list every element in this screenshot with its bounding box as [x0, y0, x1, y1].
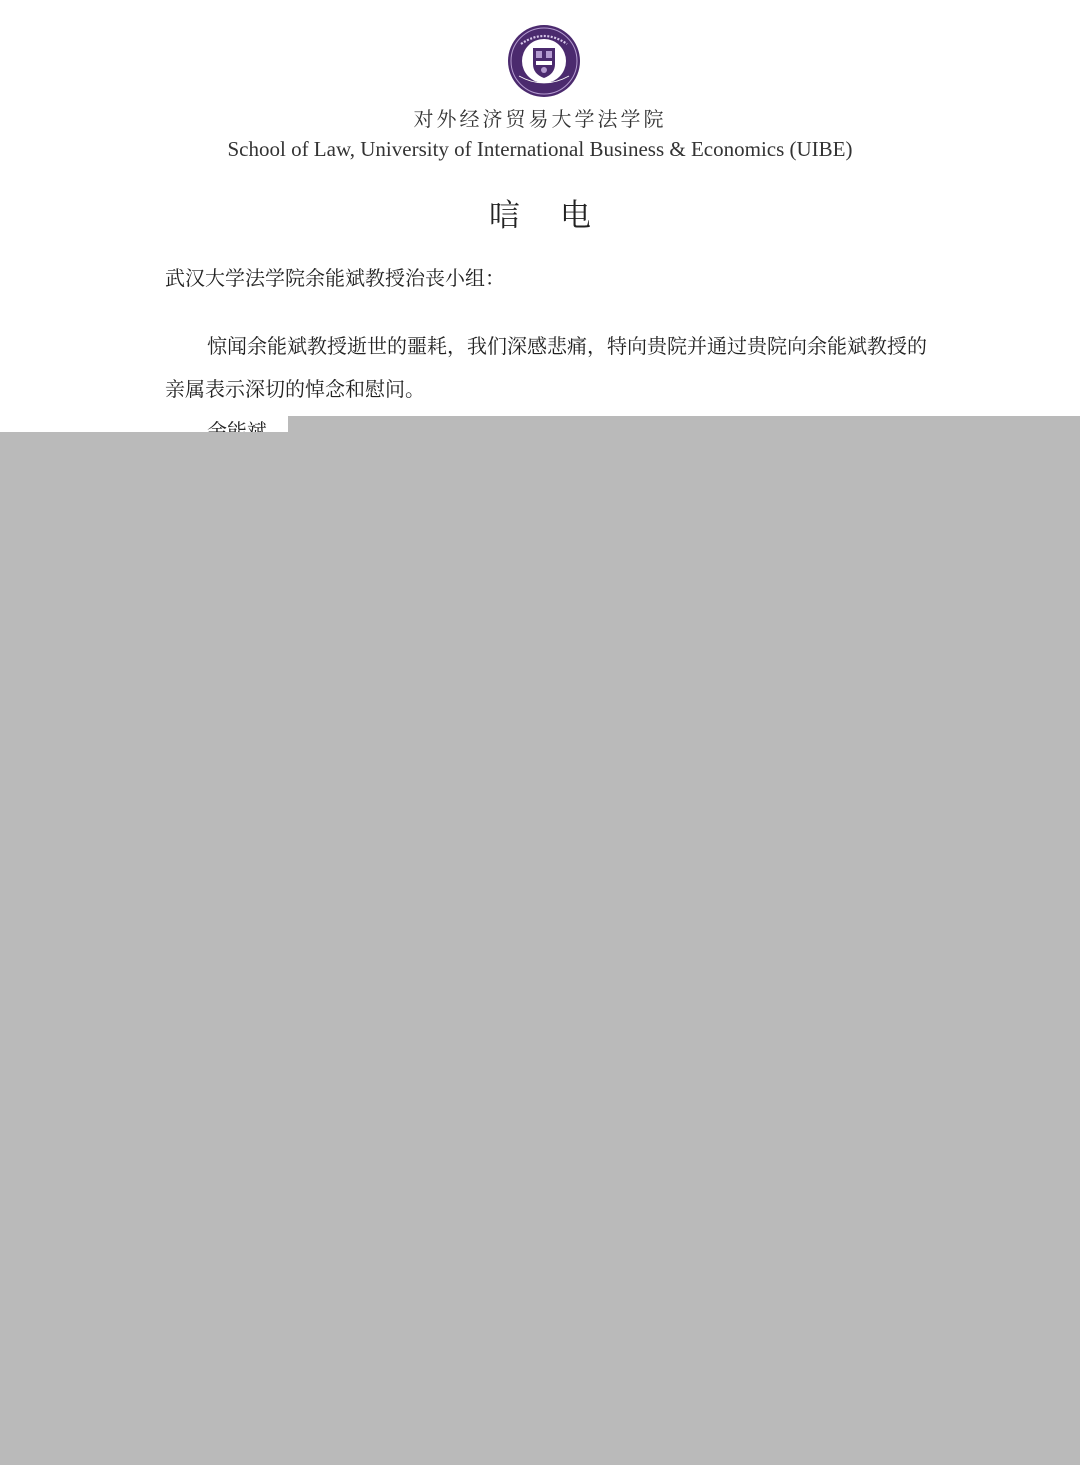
salutation: 武汉大学法学院余能斌教授治丧小组：: [165, 262, 505, 291]
condolence-paragraph: 惊闻余能斌教授逝世的噩耗，我们深感悲痛，特向贵院并通过贵院向余能斌教授的亲属表示…: [165, 325, 935, 411]
seal-icon: [507, 24, 581, 98]
document-title: 唁电: [0, 190, 1080, 235]
institution-name-en: School of Law, University of Internation…: [0, 137, 1080, 162]
school-seal-logo: [507, 24, 581, 98]
institution-name-cn: 对外经济贸易大学法学院: [0, 103, 1080, 132]
content-mask: [0, 432, 1080, 1465]
